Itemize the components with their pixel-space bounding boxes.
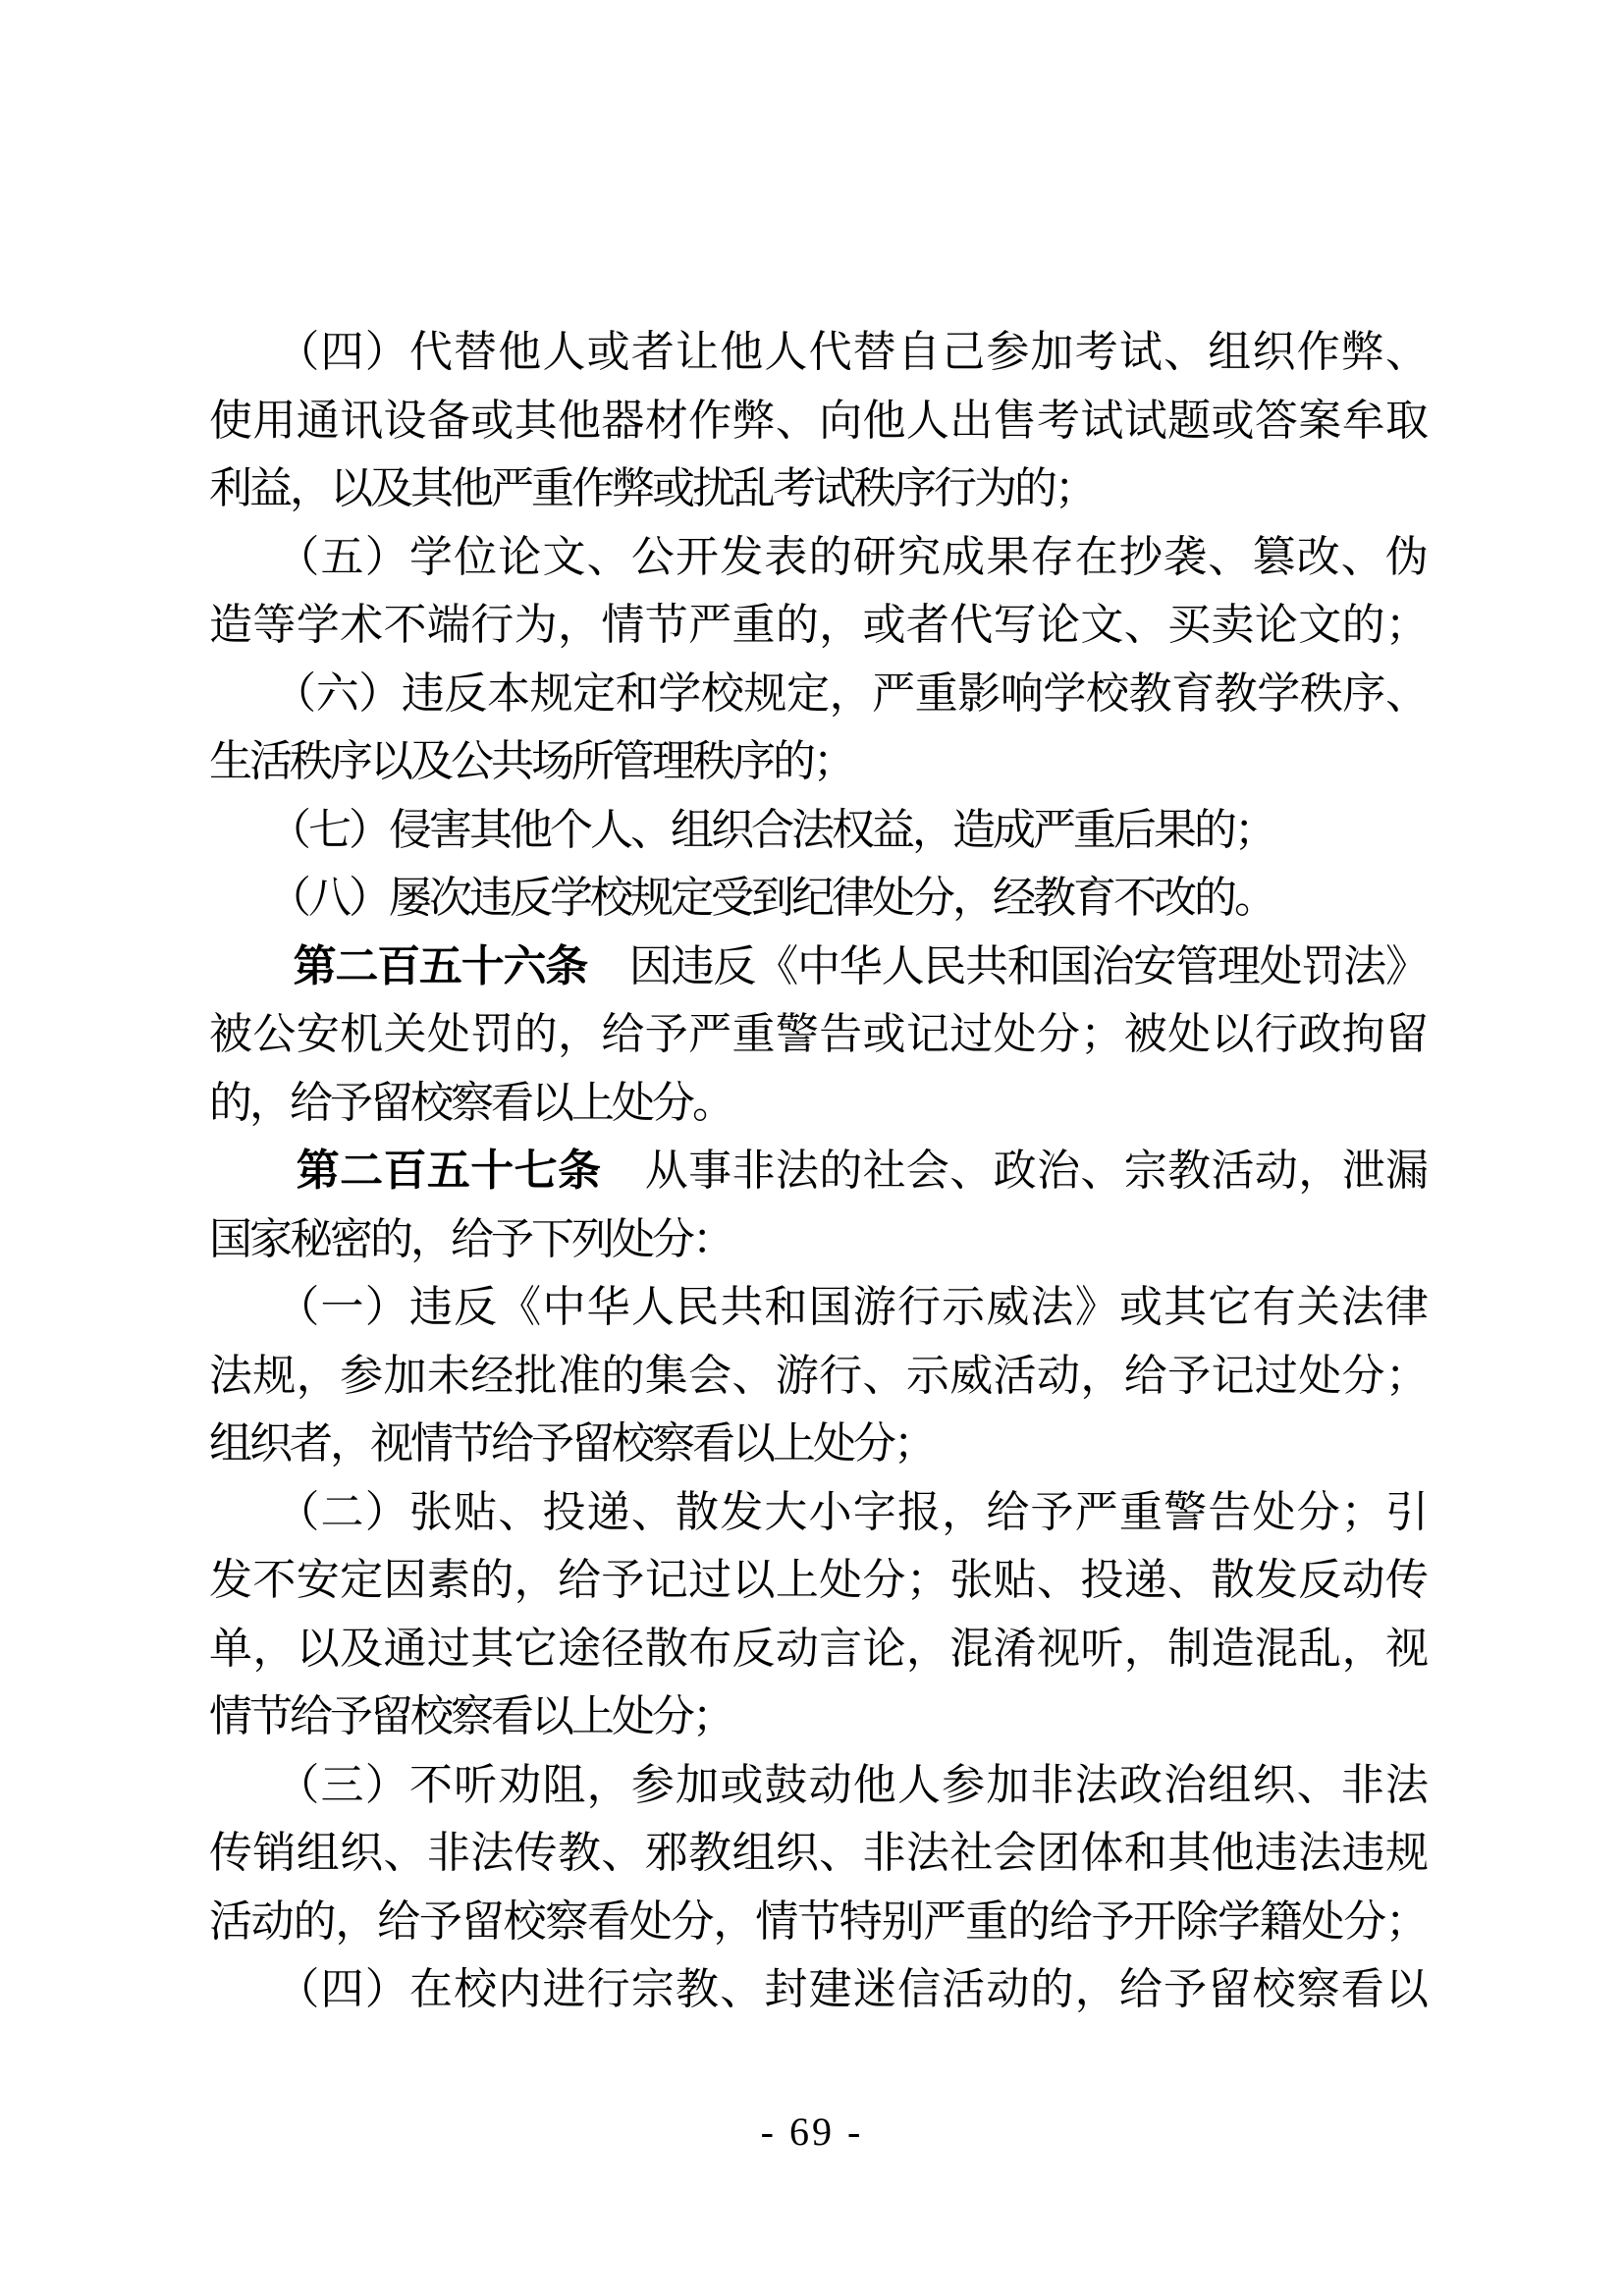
text-run: 法规，参加未经批准的集会、游行、示威活动，给予记过处分； [209, 1352, 1426, 1400]
text-run: 国家秘密的，给予下列处分： [209, 1215, 732, 1263]
text-line: 法规，参加未经批准的集会、游行、示威活动，给予记过处分； [209, 1342, 1426, 1411]
text-run: 生活秩序以及公共场所管理秩序的； [209, 737, 853, 785]
article-number-bold-run: 第二百五十六条 [209, 942, 587, 990]
text-line: （一）违反《中华人民共和国游行示威法》或其它有关法律 [209, 1273, 1426, 1342]
text-run: 情节给予留校察看以上处分； [209, 1692, 732, 1740]
text-run: 利益，以及其他严重作弊或扰乱考试秩序行为的； [209, 464, 1095, 512]
text-line: 第二百五十六条 因违反《中华人民共和国治安管理处罚法》 [209, 933, 1426, 1001]
text-run: 使用通讯设备或其他器材作弊、向他人出售考试试题或答案牟取 [209, 397, 1426, 445]
document-page-body: { "page": { "background_color": "#ffffff… [0, 0, 1624, 2296]
text-run: （八）屡次违反学校规定受到纪律处分，经教育不改的。 [209, 874, 1274, 922]
text-run: 单，以及通过其它途径散布反动言论，混淆视听，制造混乱，视 [209, 1625, 1426, 1673]
text-run: （二）张贴、投递、散发大小字报，给予严重警告处分；引 [209, 1488, 1426, 1536]
text-run: 被公安机关处罚的，给予严重警告或记过处分；被处以行政拘留 [209, 1010, 1426, 1058]
text-run: 发不安定因素的，给予记过以上处分；张贴、投递、散发反动传 [209, 1556, 1426, 1604]
text-run: （五）学位论文、公开发表的研究成果存在抄袭、篡改、伪 [209, 533, 1426, 581]
text-line: （四）代替他人或者让他人代替自己参加考试、组织作弊、 [209, 318, 1426, 387]
paragraph: （二）张贴、投递、散发大小字报，给予严重警告处分；引发不安定因素的，给予记过以上… [209, 1478, 1426, 1751]
text-line: 生活秩序以及公共场所管理秩序的； [209, 727, 1426, 796]
text-line: 被公安机关处罚的，给予严重警告或记过处分；被处以行政拘留 [209, 1000, 1426, 1069]
text-run: 传销组织、非法传教、邪教组织、非法社会团体和其他违法违规 [209, 1829, 1426, 1877]
text-line: 单，以及通过其它途径散布反动言论，混淆视听，制造混乱，视 [209, 1615, 1426, 1683]
text-run: 因违反《中华人民共和国治安管理处罚法》 [587, 942, 1426, 990]
paragraph: （四）在校内进行宗教、封建迷信活动的，给予留校察看以 [209, 1955, 1426, 2024]
text-line: （八）屡次违反学校规定受到纪律处分，经教育不改的。 [209, 864, 1426, 933]
text-run: 组织者，视情节给予留校察看以上处分； [209, 1419, 934, 1468]
text-run: （四）在校内进行宗教、封建迷信活动的，给予留校察看以 [209, 1965, 1426, 2013]
text-line: 使用通讯设备或其他器材作弊、向他人出售考试试题或答案牟取 [209, 387, 1426, 455]
text-line: （六）违反本规定和学校规定，严重影响学校教育教学秩序、 [209, 660, 1426, 728]
text-run: 从事非法的社会、政治、宗教活动，泄漏 [601, 1147, 1426, 1195]
text-run: 造等学术不端行为，情节严重的，或者代写论文、买卖论文的； [209, 601, 1426, 649]
text-line: 利益，以及其他严重作弊或扰乱考试秩序行为的； [209, 454, 1426, 523]
text-run: （七）侵害其他个人、组织合法权益，造成严重后果的； [209, 806, 1274, 854]
text-run: （六）违反本规定和学校规定，严重影响学校教育教学秩序、 [209, 669, 1426, 718]
text-line: 第二百五十七条 从事非法的社会、政治、宗教活动，泄漏 [209, 1137, 1426, 1205]
paragraph: （六）违反本规定和学校规定，严重影响学校教育教学秩序、生活秩序以及公共场所管理秩… [209, 660, 1426, 796]
text-line: （二）张贴、投递、散发大小字报，给予严重警告处分；引 [209, 1478, 1426, 1547]
paragraph: 第二百五十六条 因违反《中华人民共和国治安管理处罚法》被公安机关处罚的，给予严重… [209, 933, 1426, 1138]
text-line: 传销组织、非法传教、邪教组织、非法社会团体和其他违法违规 [209, 1819, 1426, 1888]
text-run: （三）不听劝阻，参加或鼓动他人参加非法政治组织、非法 [209, 1761, 1426, 1809]
paragraph: （一）违反《中华人民共和国游行示威法》或其它有关法律法规，参加未经批准的集会、游… [209, 1273, 1426, 1478]
text-run: 活动的，给予留校察看处分，情节特别严重的给予开除学籍处分； [209, 1897, 1426, 1946]
paragraph: 第二百五十七条 从事非法的社会、政治、宗教活动，泄漏国家秘密的，给予下列处分： [209, 1137, 1426, 1273]
paragraph: （八）屡次违反学校规定受到纪律处分，经教育不改的。 [209, 864, 1426, 933]
text-line: （三）不听劝阻，参加或鼓动他人参加非法政治组织、非法 [209, 1751, 1426, 1820]
text-line: （四）在校内进行宗教、封建迷信活动的，给予留校察看以 [209, 1955, 1426, 2024]
paragraph: （四）代替他人或者让他人代替自己参加考试、组织作弊、使用通讯设备或其他器材作弊、… [209, 318, 1426, 523]
paragraph: （五）学位论文、公开发表的研究成果存在抄袭、篡改、伪造等学术不端行为，情节严重的… [209, 523, 1426, 660]
text-line: 的，给予留校察看以上处分。 [209, 1069, 1426, 1138]
paragraph: （七）侵害其他个人、组织合法权益，造成严重后果的； [209, 796, 1426, 865]
text-line: 发不安定因素的，给予记过以上处分；张贴、投递、散发反动传 [209, 1546, 1426, 1615]
text-line: 国家秘密的，给予下列处分： [209, 1205, 1426, 1274]
article-number-bold-run: 第二百五十七条 [209, 1147, 601, 1195]
text-line: （七）侵害其他个人、组织合法权益，造成严重后果的； [209, 796, 1426, 865]
text-line: 情节给予留校察看以上处分； [209, 1682, 1426, 1751]
document-page: （四）代替他人或者让他人代替自己参加考试、组织作弊、使用通讯设备或其他器材作弊、… [0, 0, 1624, 2296]
text-run: 的，给予留校察看以上处分。 [209, 1079, 732, 1127]
text-line: 造等学术不端行为，情节严重的，或者代写论文、买卖论文的； [209, 591, 1426, 660]
paragraph: （三）不听劝阻，参加或鼓动他人参加非法政治组织、非法传销组织、非法传教、邪教组织… [209, 1751, 1426, 1956]
text-run: （四）代替他人或者让他人代替自己参加考试、组织作弊、 [209, 328, 1426, 376]
page-number: - 69 - [0, 2109, 1624, 2155]
text-block: （四）代替他人或者让他人代替自己参加考试、组织作弊、使用通讯设备或其他器材作弊、… [209, 318, 1426, 2024]
text-run: （一）违反《中华人民共和国游行示威法》或其它有关法律 [209, 1283, 1426, 1331]
text-line: （五）学位论文、公开发表的研究成果存在抄袭、篡改、伪 [209, 523, 1426, 592]
text-line: 活动的，给予留校察看处分，情节特别严重的给予开除学籍处分； [209, 1888, 1426, 1956]
text-line: 组织者，视情节给予留校察看以上处分； [209, 1410, 1426, 1478]
